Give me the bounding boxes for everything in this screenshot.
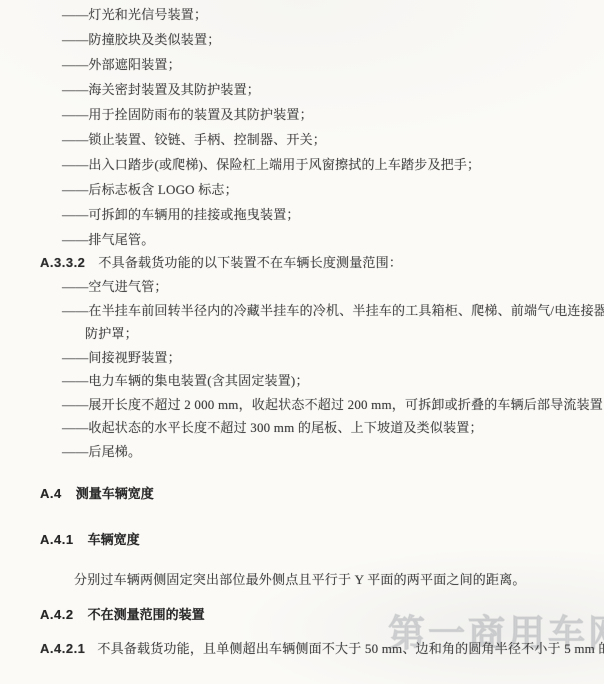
list-item: ——在半挂车前回转半径内的冷藏半挂车的冷机、半挂车的工具箱柜、爬梯、前端气/电连… bbox=[40, 299, 598, 323]
section-number: A.4.2 bbox=[40, 607, 74, 622]
list-item: ——灯光和光信号装置； bbox=[40, 2, 598, 27]
section-title: 测量车辆宽度 bbox=[76, 486, 154, 501]
section-title: 车辆宽度 bbox=[88, 532, 140, 547]
list-item: ——展开长度不超过 2 000 mm，收起状态不超过 200 mm，可拆卸或折叠… bbox=[40, 393, 598, 417]
clause-text: 不具备载货功能的以下装置不在车辆长度测量范围： bbox=[98, 255, 402, 270]
list-item: ——排气尾管。 bbox=[40, 227, 598, 252]
list-item: ——锁止装置、铰链、手柄、控制器、开关； bbox=[40, 127, 598, 152]
clause-a332: A.3.3.2不具备载货功能的以下装置不在车辆长度测量范围： bbox=[40, 250, 598, 275]
list-item: ——电力车辆的集电装置(含其固定装置)； bbox=[40, 369, 598, 393]
list-item: ——间接视野装置； bbox=[40, 346, 598, 370]
exclusion-list-a332: ——空气进气管； ——在半挂车前回转半径内的冷藏半挂车的冷机、半挂车的工具箱柜、… bbox=[40, 275, 598, 463]
list-item-continuation: 防护罩； bbox=[40, 322, 598, 346]
list-item: ——后尾梯。 bbox=[40, 440, 598, 464]
list-item: ——后标志板含 LOGO 标志； bbox=[40, 177, 598, 202]
paragraph-vehicle-width-definition: 分别过车辆两侧固定突出部位最外侧点且平行于 Y 平面的两平面之间的距离。 bbox=[40, 567, 598, 592]
section-title: 不在测量范围的装置 bbox=[88, 607, 205, 622]
scanned-page: 第一商用车网 ——灯光和光信号装置； ——防撞胶块及类似装置； ——外部遮阳装置… bbox=[0, 0, 604, 684]
clause-text: 不具备载货功能，且单侧超出车辆侧面不大于 50 mm、边和角的圆角半径不小于 5… bbox=[97, 641, 604, 656]
clause-number: A.4.2.1 bbox=[40, 641, 85, 656]
list-item: ——收起状态的水平长度不超过 300 mm 的尾板、上下坡道及类似装置； bbox=[40, 416, 598, 440]
list-item: ——可拆卸的车辆用的挂接或拖曳装置； bbox=[40, 202, 598, 227]
section-number: A.4 bbox=[40, 486, 62, 501]
list-item: ——防撞胶块及类似装置； bbox=[40, 27, 598, 52]
list-item: ——出入口踏步(或爬梯)、保险杠上端用于风窗擦拭的上车踏步及把手； bbox=[40, 152, 598, 177]
clause-number: A.3.3.2 bbox=[40, 255, 85, 270]
document-content: ——灯光和光信号装置； ——防撞胶块及类似装置； ——外部遮阳装置； ——海关密… bbox=[40, 2, 598, 661]
list-item: ——空气进气管； bbox=[40, 275, 598, 299]
section-heading-a4: A.4测量车辆宽度 bbox=[40, 481, 598, 507]
clause-a421: A.4.2.1不具备载货功能，且单侧超出车辆侧面不大于 50 mm、边和角的圆角… bbox=[40, 636, 598, 661]
section-heading-a41: A.4.1车辆宽度 bbox=[40, 527, 598, 553]
section-number: A.4.1 bbox=[40, 532, 74, 547]
list-item: ——用于拴固防雨布的装置及其防护装置； bbox=[40, 102, 598, 127]
exclusion-list-length-measurement: ——灯光和光信号装置； ——防撞胶块及类似装置； ——外部遮阳装置； ——海关密… bbox=[40, 2, 598, 252]
section-heading-a42: A.4.2不在测量范围的装置 bbox=[40, 602, 598, 628]
list-item: ——海关密封装置及其防护装置； bbox=[40, 77, 598, 102]
list-item: ——外部遮阳装置； bbox=[40, 52, 598, 77]
